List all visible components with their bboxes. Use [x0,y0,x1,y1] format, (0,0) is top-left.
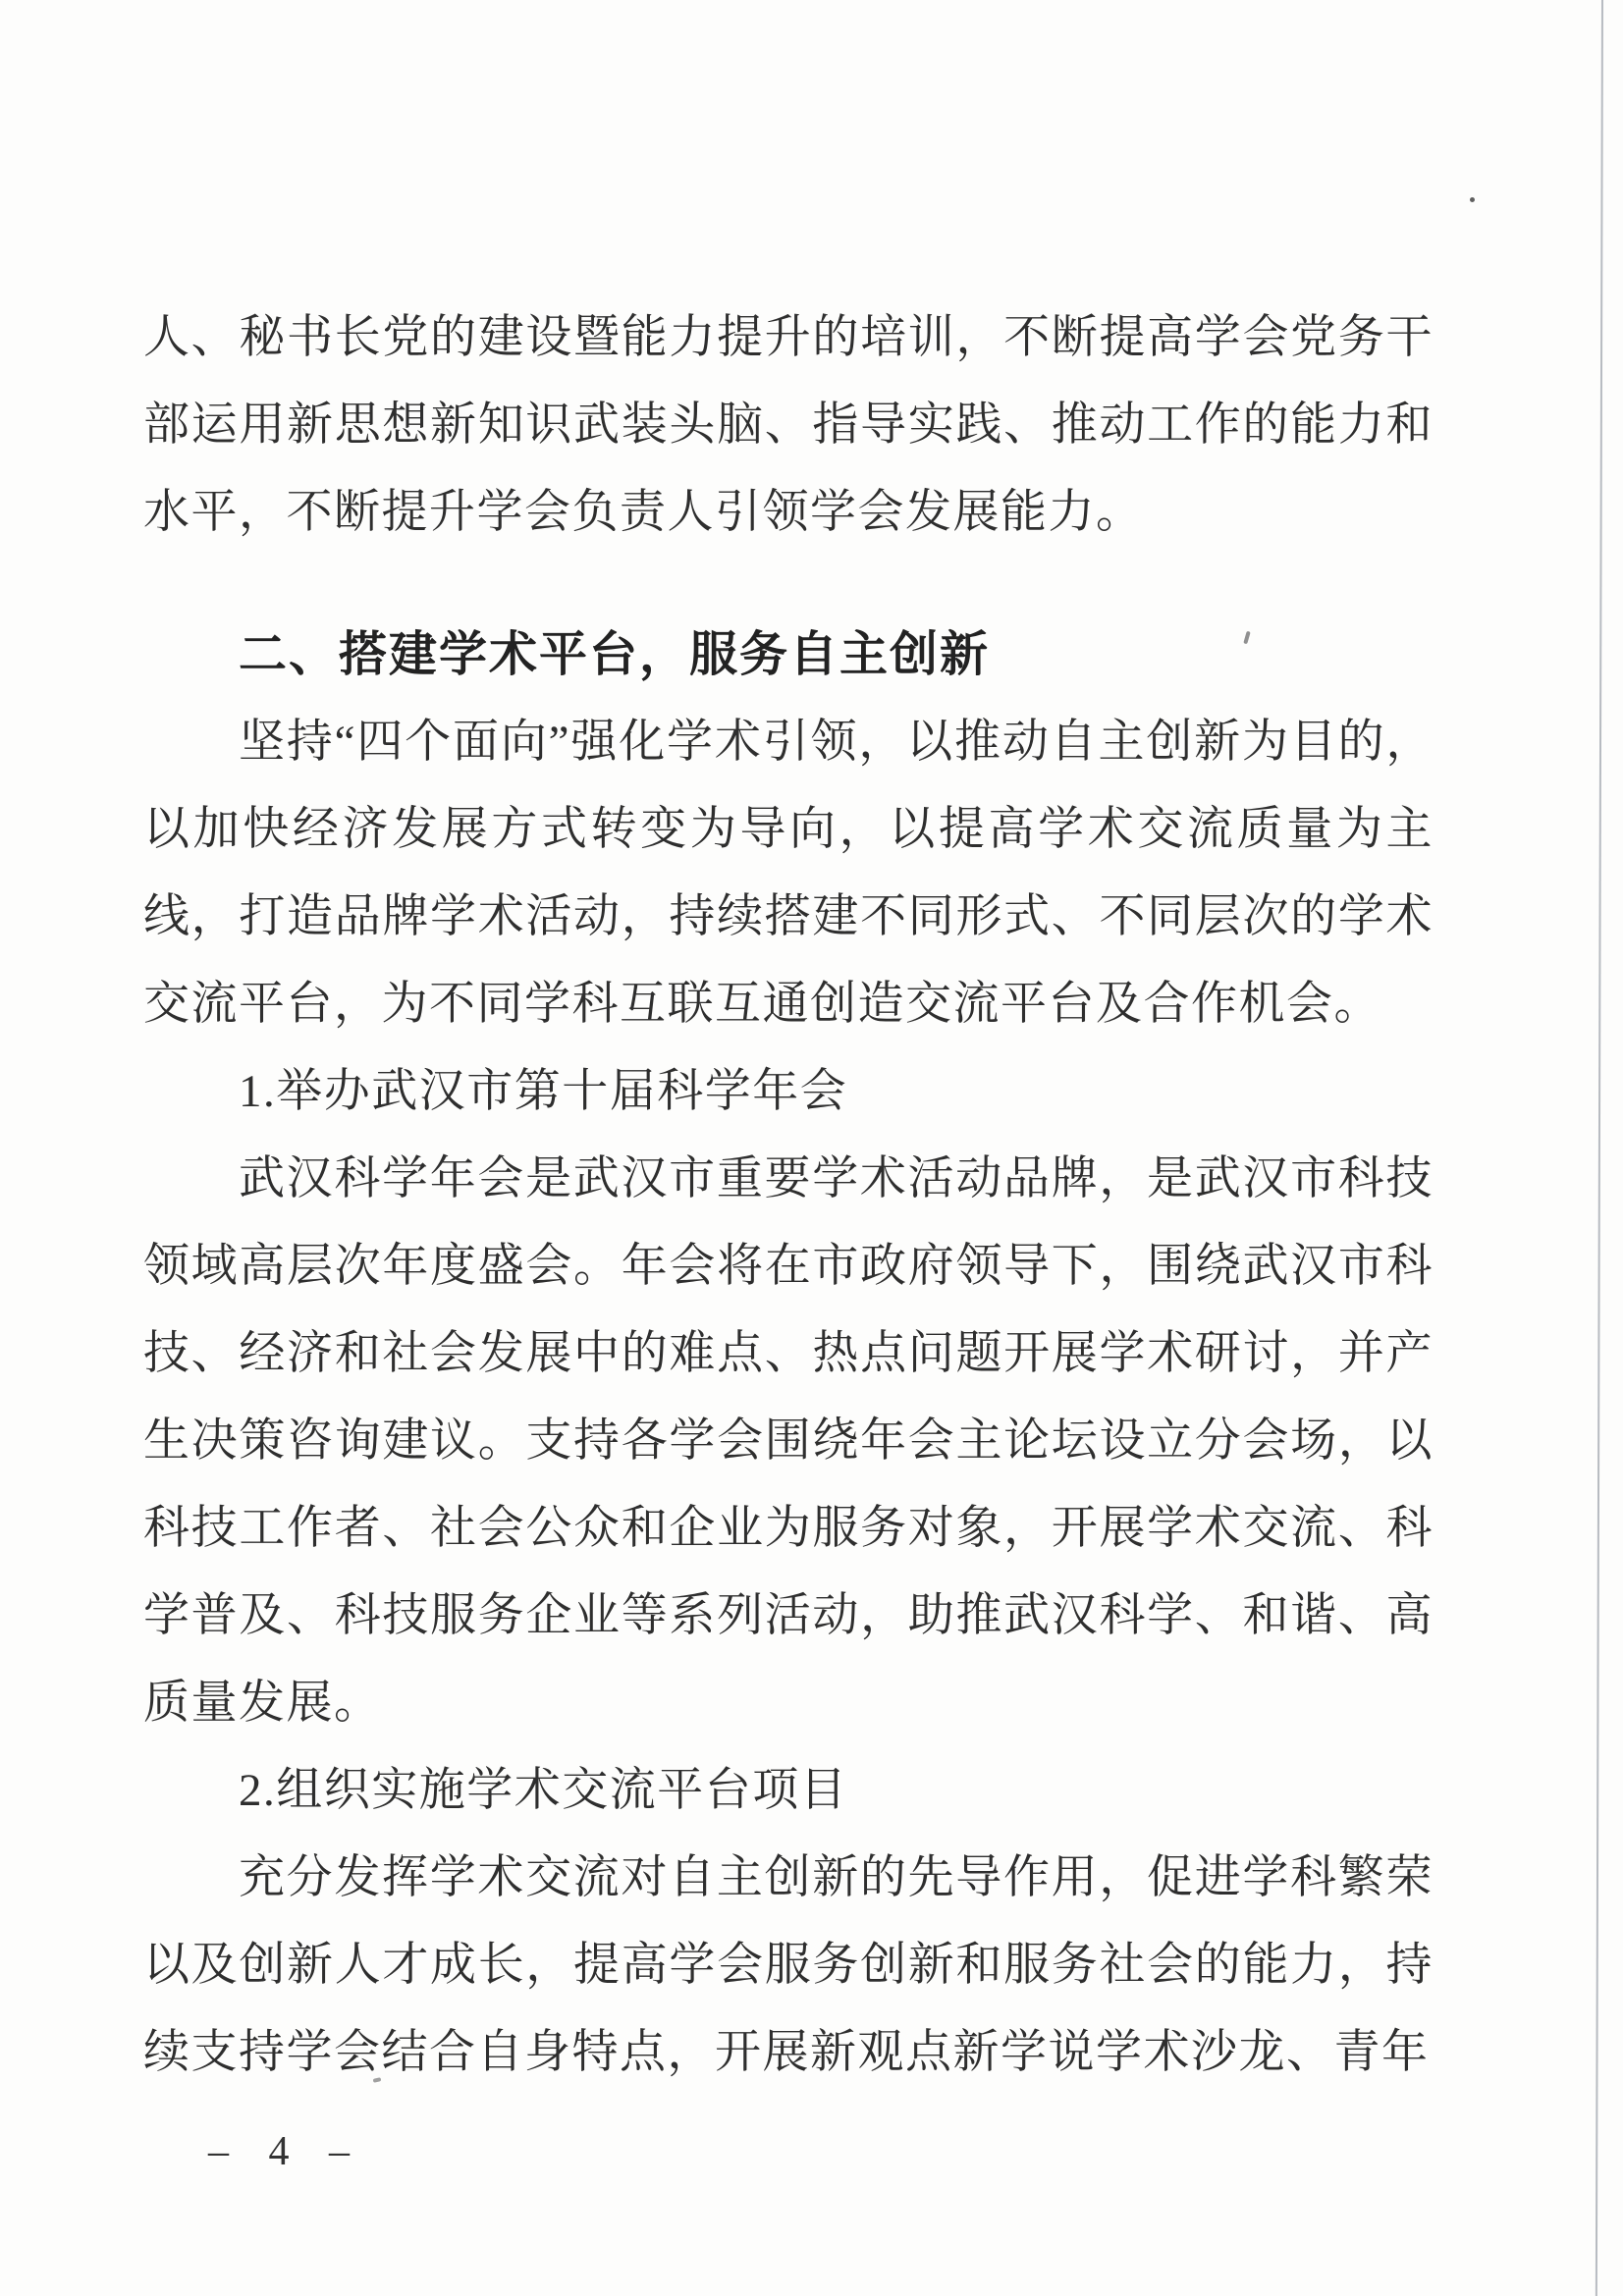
item-2-heading: 2.组织实施学术交流平台项目 [143,1747,1434,1835]
item-1-paragraph: 武汉科学年会是武汉市重要学术活动品牌，是武汉市科技领域高层次年度盛会。年会将在市… [143,1136,1434,1747]
item-2-paragraph: 充分发挥学术交流对自主创新的先导作用，促进学科繁荣以及创新人才成长，提高学会服务… [143,1835,1434,2097]
section-heading: 二、搭建学术平台，服务自主创新 [143,612,1434,699]
scan-edge-line [1596,0,1603,2296]
page-number: – 4 – [208,2128,353,2175]
scan-speck [1470,197,1475,202]
item-1-heading: 1.举办武汉市第十届科学年会 [143,1048,1434,1136]
paragraph-continuation: 人、秘书长党的建设暨能力提升的培训，不断提高学会党务干部运用新思想新知识武装头脑… [143,294,1434,557]
scanned-document-page: 人、秘书长党的建设暨能力提升的培训，不断提高学会党务干部运用新思想新知识武装头脑… [0,0,1623,2296]
document-body: 人、秘书长党的建设暨能力提升的培训，不断提高学会党务干部运用新思想新知识武装头脑… [143,294,1434,2097]
section-intro-paragraph: 坚持“四个面向”强化学术引领，以推动自主创新为目的，以加快经济发展方式转变为导向… [143,699,1434,1048]
